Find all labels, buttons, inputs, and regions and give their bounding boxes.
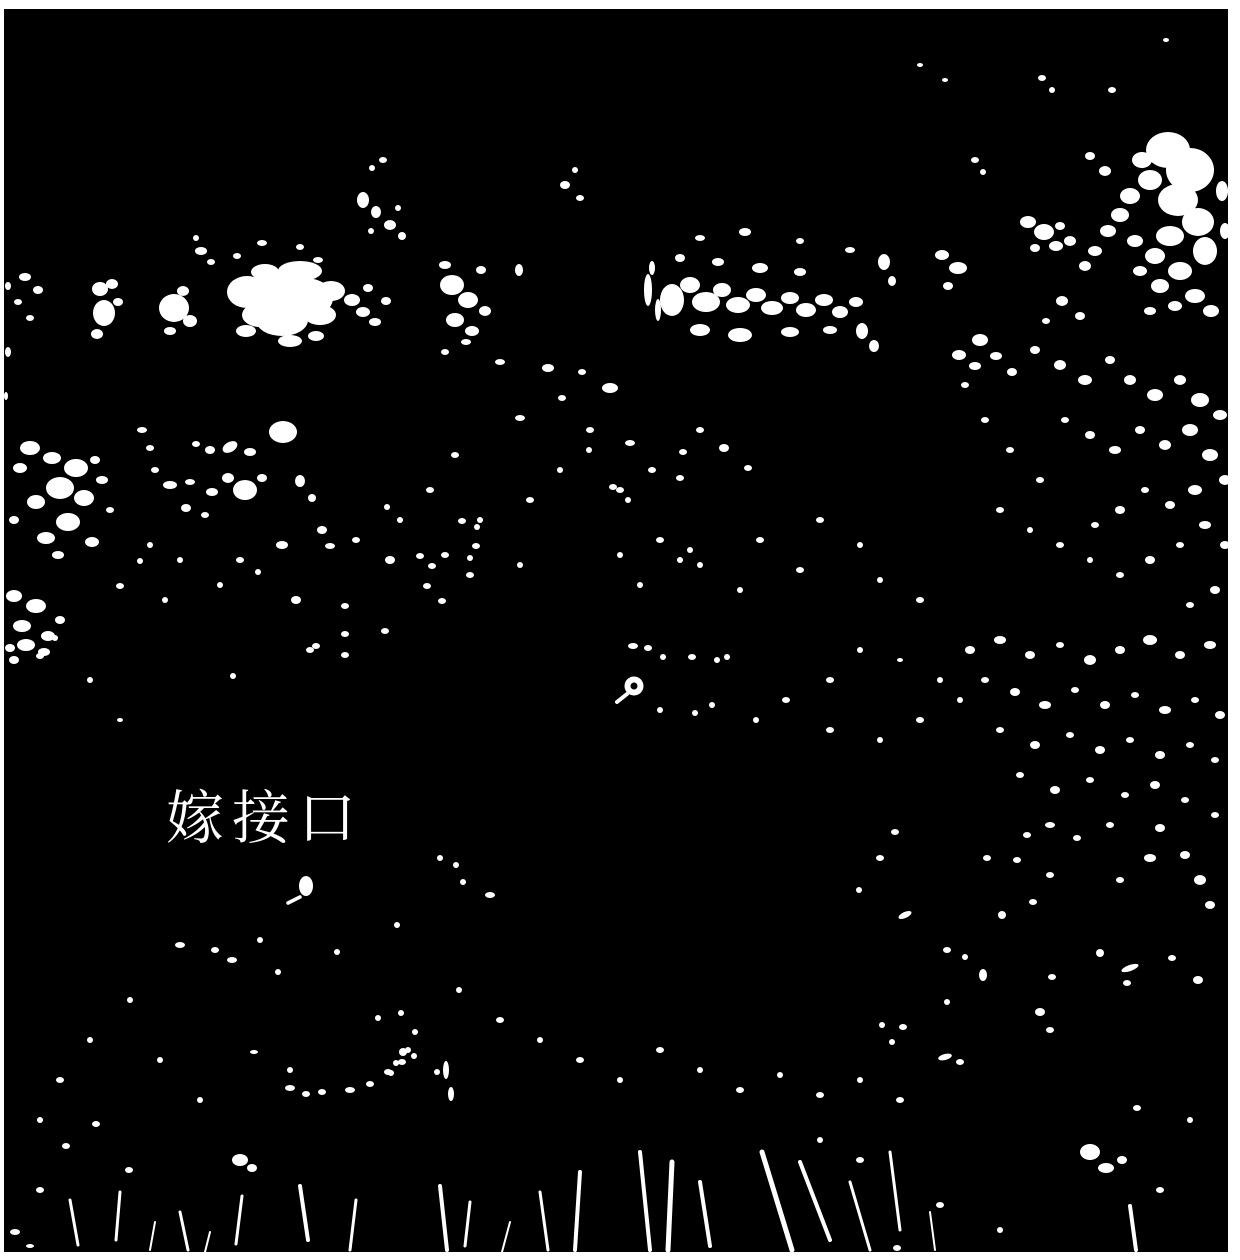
photo-background [4, 9, 1228, 1252]
binarized-photograph: 嫁接口 [0, 0, 1240, 1260]
graft-junction-label: 嫁接口 [166, 784, 364, 852]
patent-photo-figure: 嫁接口 [0, 0, 1240, 1260]
